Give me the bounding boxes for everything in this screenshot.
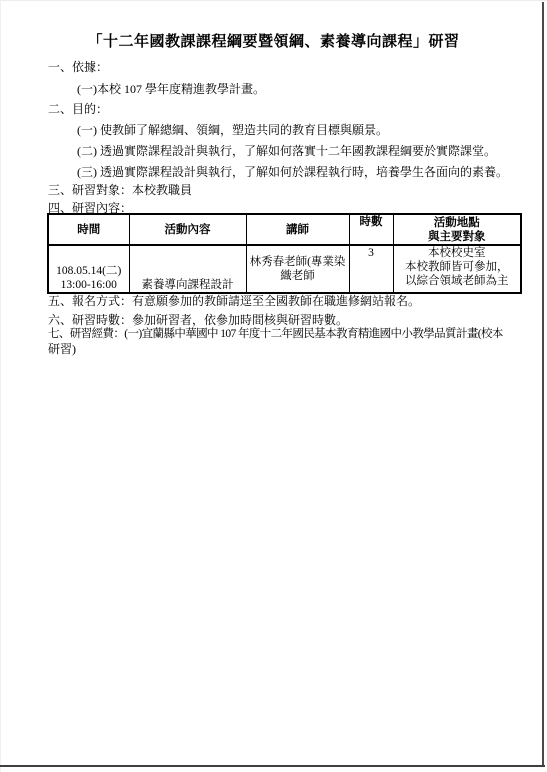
training-schedule-table: 時間 活動內容 講師 時數 活動地點 與主要對象 108.05.14(二) 13… bbox=[47, 213, 522, 294]
cell-location-line-3: 以綜合領域老師為主 bbox=[394, 274, 521, 288]
cell-time: 108.05.14(二) 13:00-16:00 bbox=[48, 245, 129, 293]
cell-location-line-2: 本校教師皆可參加， bbox=[394, 260, 521, 274]
section-hours-heading: 六、研習時數：參加研習者，依參加時間核與研習時數。 bbox=[48, 313, 348, 327]
cell-lecturer: 林秀春老師(專業染 織老師 bbox=[246, 245, 349, 293]
header-location-line-1: 活動地點 bbox=[394, 216, 521, 230]
cell-location-line-1: 本校校史室 bbox=[394, 246, 521, 260]
header-activity: 活動內容 bbox=[129, 214, 246, 245]
cell-location: 本校校史室 本校教師皆可參加， 以綜合領域老師為主 bbox=[393, 245, 521, 293]
page-edge-left bbox=[0, 0, 1, 772]
table-header-row: 時間 活動內容 講師 時數 活動地點 與主要對象 bbox=[48, 214, 521, 245]
header-location: 活動地點 與主要對象 bbox=[393, 214, 521, 245]
cell-time-line-1: 108.05.14(二) bbox=[49, 264, 129, 278]
section-audience-heading: 三、研習對象：本校教職員 bbox=[48, 183, 192, 197]
cell-activity: 素養導向課程設計 bbox=[129, 245, 246, 293]
section-basis-heading: 一、依據： bbox=[48, 60, 108, 74]
cell-lecturer-line-1: 林秀春老師(專業染 bbox=[247, 255, 349, 269]
section-registration-heading: 五、報名方式：有意願參加的教師請逕至全國教師在職進修網站報名。 bbox=[48, 294, 420, 308]
table-row: 108.05.14(二) 13:00-16:00 素養導向課程設計 林秀春老師(… bbox=[48, 245, 521, 293]
cell-hours: 3 bbox=[349, 245, 393, 293]
section-purpose-item-1: (一) 使教師了解總綱、領綱，塑造共同的教育目標與願景。 bbox=[77, 123, 388, 137]
page-edge-top bbox=[0, 0, 547, 1]
section-purpose-item-2: (二) 透過實際課程設計與執行，了解如何落實十二年國教課程綱要於實際課堂。 bbox=[77, 144, 496, 158]
document-page: 「十二年國教課課程綱要暨領綱、素養導向課程」研習 一、依據： (一)本校 107… bbox=[0, 0, 547, 772]
section-purpose-heading: 二、目的： bbox=[48, 102, 108, 116]
section-funding-line-2: 研習) bbox=[48, 342, 76, 356]
cell-lecturer-line-2: 織老師 bbox=[247, 269, 349, 283]
header-hours: 時數 bbox=[349, 214, 393, 245]
page-edge-right bbox=[542, 2, 544, 766]
section-purpose-item-3: (三) 透過實際課程設計與執行，了解如何於課程執行時，培養學生各面向的素養。 bbox=[77, 165, 508, 179]
header-lecturer: 講師 bbox=[246, 214, 349, 245]
page-edge-bottom bbox=[0, 765, 545, 767]
header-time: 時間 bbox=[48, 214, 129, 245]
section-funding-line-1: 七、研習經費：(一)宜蘭縣中華國中 107 年度十二年國民基本教育精進國中小教學… bbox=[48, 327, 503, 341]
cell-time-line-2: 13:00-16:00 bbox=[49, 278, 129, 292]
header-location-line-2: 與主要對象 bbox=[394, 230, 521, 244]
page-title: 「十二年國教課課程綱要暨領綱、素養導向課程」研習 bbox=[0, 30, 547, 51]
section-basis-item-1: (一)本校 107 學年度精進教學計畫。 bbox=[77, 82, 265, 96]
